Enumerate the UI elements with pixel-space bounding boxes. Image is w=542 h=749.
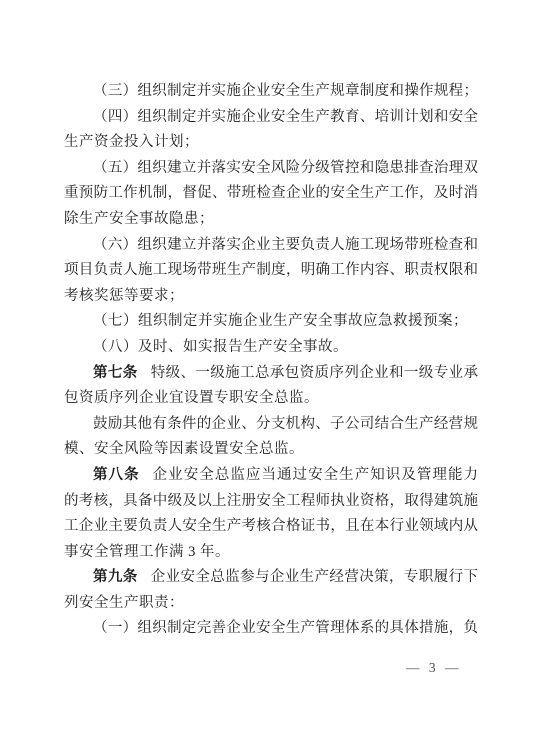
paragraph-line: （六）组织建立并落实企业主要负责人施工现场带班检查和	[64, 233, 478, 259]
paragraph-line: 模、安全风险等因素设置安全总监。	[64, 437, 478, 463]
paragraph-line: 工企业主要负责人安全生产考核合格证书，且在本行业领域内从	[64, 514, 478, 540]
article-number: 第八条	[93, 467, 140, 483]
paragraph-line: 事安全管理工作满 3 年。	[64, 540, 478, 566]
article-number: 第七条	[93, 365, 138, 381]
article-heading-line: 第八条企业安全总监应当通过安全生产知识及管理能力	[64, 463, 478, 489]
document-page: （三）组织制定并实施企业安全生产规章制度和操作规程；（四）组织制定并实施企业安全…	[0, 0, 542, 749]
paragraph-line: （三）组织制定并实施企业安全生产规章制度和操作规程；	[64, 79, 478, 105]
paragraph-line: 考核奖惩等要求；	[64, 284, 478, 310]
document-body: （三）组织制定并实施企业安全生产规章制度和操作规程；（四）组织制定并实施企业安全…	[64, 79, 478, 642]
paragraph-line: 除生产安全事故隐患；	[64, 207, 478, 233]
paragraph-line: 包资质序列企业宜设置专职安全总监。	[64, 386, 478, 412]
paragraph-line: （一）组织制定完善企业安全生产管理体系的具体措施，负	[64, 616, 478, 642]
paragraph-line: （七）组织制定并实施企业生产安全事故应急救援预案；	[64, 309, 478, 335]
paragraph-line: 列安全生产职责：	[64, 591, 478, 617]
article-text: 企业安全总监参与企业生产经营决策，专职履行下	[151, 569, 478, 585]
article-heading-line: 第七条特级、一级施工总承包资质序列企业和一级专业承	[64, 361, 478, 387]
page-number: — 3 —	[406, 659, 462, 677]
article-number: 第九条	[93, 569, 138, 585]
paragraph-line: （四）组织制定并实施企业安全生产教育、培训计划和安全	[64, 105, 478, 131]
article-heading-line: 第九条企业安全总监参与企业生产经营决策，专职履行下	[64, 565, 478, 591]
paragraph-line: 项目负责人施工现场带班生产制度，明确工作内容、职责权限和	[64, 258, 478, 284]
article-text: 特级、一级施工总承包资质序列企业和一级专业承	[151, 365, 478, 381]
paragraph-line: （五）组织建立并落实安全风险分级管控和隐患排查治理双	[64, 156, 478, 182]
paragraph-line: （八）及时、如实报告生产安全事故。	[64, 335, 478, 361]
paragraph-line: 的考核，具备中级及以上注册安全工程师执业资格，取得建筑施	[64, 489, 478, 515]
paragraph-line: 重预防工作机制，督促、带班检查企业的安全生产工作，及时消	[64, 181, 478, 207]
article-text: 企业安全总监应当通过安全生产知识及管理能力	[153, 467, 478, 483]
paragraph-line: 生产资金投入计划；	[64, 130, 478, 156]
paragraph-line: 鼓励其他有条件的企业、分支机构、子公司结合生产经营规	[64, 412, 478, 438]
